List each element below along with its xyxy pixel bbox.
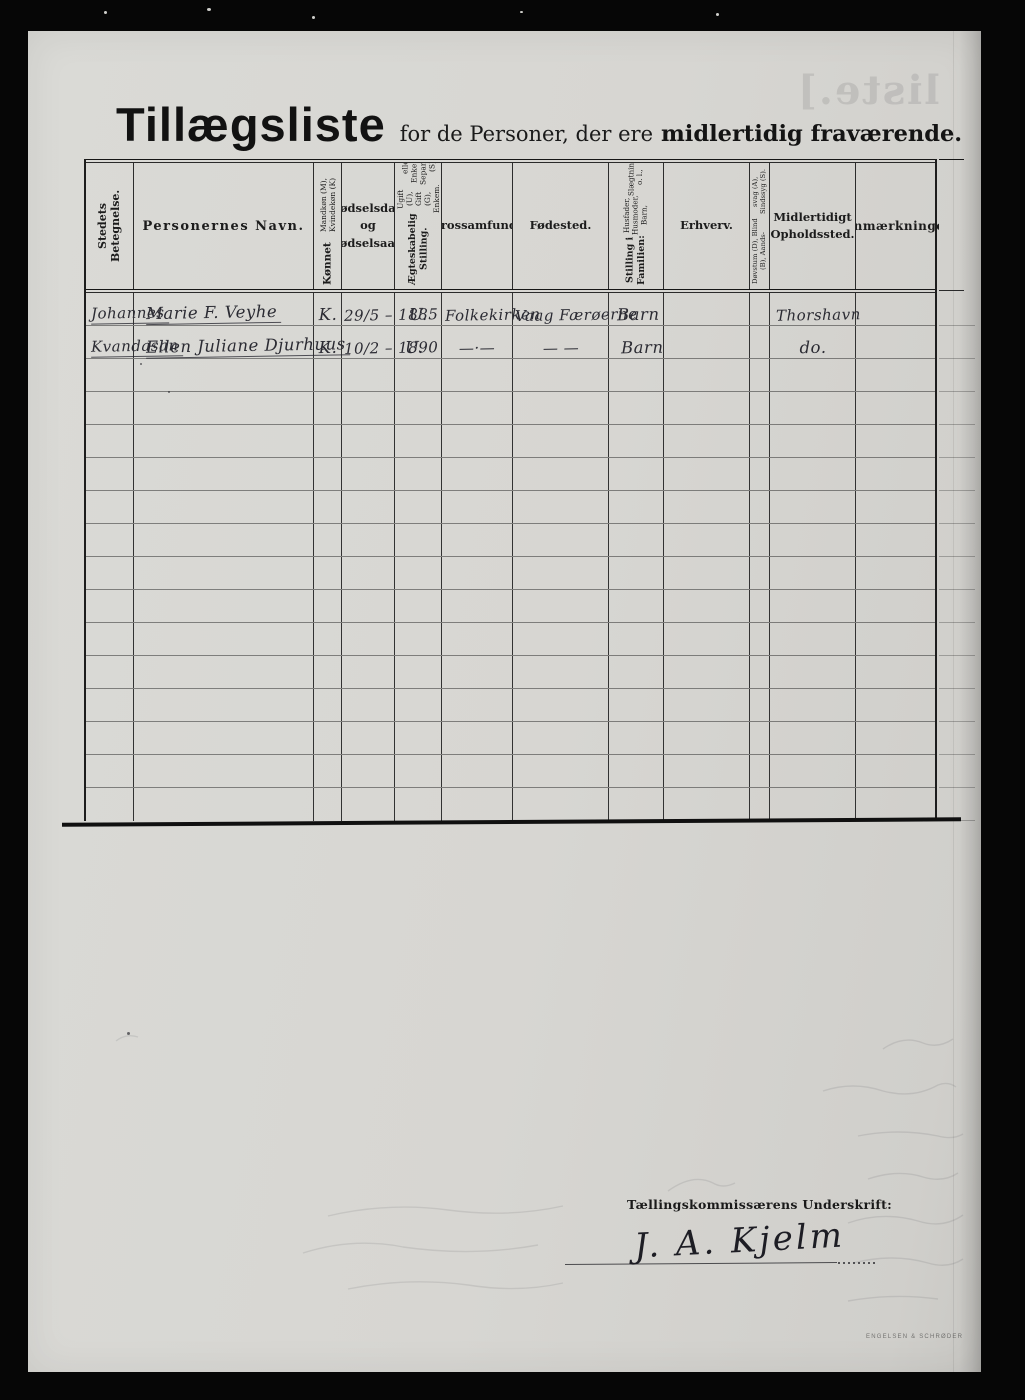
dust-speck [520, 11, 523, 13]
cell-residence: do. [799, 338, 826, 357]
dust-speck [104, 11, 107, 14]
table-row-empty [86, 722, 935, 755]
cell-birthdate: 10/2 – 1890 [344, 338, 439, 358]
column-header-disability: Døvstum (D), Blind (B), Aands- svag (A),… [749, 163, 769, 289]
cell-residence: Thorshavn [776, 305, 861, 324]
table-row-empty [86, 788, 935, 821]
cell-faith: —·— [459, 339, 496, 358]
table-row-empty [86, 623, 935, 656]
table-row-empty [86, 656, 935, 689]
column-header-remarks: Anmærkninger [855, 163, 939, 289]
ink-speck [127, 1032, 130, 1035]
table-header-row: Stedets Betegnelse. Personernes Navn. Kø… [86, 163, 935, 289]
form-title: Tillægsliste for de Personer, der ere mi… [116, 97, 962, 152]
birthdate-header-line2: og [341, 217, 394, 234]
column-header-name: Personernes Navn. [133, 163, 313, 289]
table-row-empty [86, 590, 935, 623]
form-title-subtitle-bold: midlertidig fraværende. [661, 121, 962, 147]
birthdate-header-line1: Fødselsdag [341, 200, 394, 217]
remarks-header-label: Anmærkninger [855, 219, 939, 233]
commissioner-signature: J. A. Kjelm [633, 1216, 846, 1267]
cell-sex: K. [318, 338, 337, 357]
table-row-empty [86, 425, 935, 458]
form-title-subtitle: for de Personer, der ere [400, 122, 653, 146]
family-header-line3: Slægtning o. l., [627, 163, 644, 196]
table-row-empty [86, 491, 935, 524]
cell-family: Barn [621, 338, 664, 358]
column-header-place-label: Stedets Betegnelse. [96, 167, 122, 285]
marital-header-codes2: eller Enke (E), Separeret (S), [400, 163, 436, 185]
family-header-title: Stilling i Familien: [625, 235, 648, 285]
table-row-empty [86, 392, 935, 425]
cell-family: Barn [617, 305, 660, 325]
cell-birthplace: — — [542, 339, 579, 358]
birthplace-header-label: Fødested. [530, 217, 592, 234]
table-row-empty [86, 755, 935, 788]
scanned-census-form-page: liste.] Tillægsliste for de Personer, de… [28, 31, 981, 1372]
column-header-birthdate: Fødselsdag og Fødselsaar. [341, 163, 394, 289]
table-row-empty [86, 359, 935, 392]
residence-header-line2: Opholdssted. [770, 226, 854, 243]
column-header-faith: Trossamfund. [441, 163, 512, 289]
family-header-line2: Husfader, Husmoder, Barn, [623, 196, 649, 236]
table-row: Kvandasan Ellen Juliane Djurhuus K. 10/2… [86, 326, 935, 359]
table-row-empty [86, 689, 935, 722]
column-header-residence: Midlertidigt Opholdssted. [769, 163, 855, 289]
form-title-main: Tillægsliste [116, 97, 386, 152]
dust-speck [207, 8, 211, 11]
column-header-occupation: Erhverv. [663, 163, 749, 289]
column-header-family-position: Stilling i Familien: Husfader, Husmoder,… [608, 163, 663, 289]
sex-header-codes: Mandkøn (M), Kvindekøn (K) [319, 167, 337, 242]
rule-extension [939, 290, 964, 291]
printer-mark: ENGELSEN & SCHRØDER [866, 1334, 963, 1340]
row-line-extensions [939, 293, 975, 821]
column-header-name-label: Personernes Navn. [142, 219, 304, 234]
marital-header-title: Ægteskabelig Stilling. [407, 213, 430, 285]
table-row: Johannes Marie F. Veyhe K. 29/5 – 1885 U… [86, 293, 935, 326]
disability-header-line1: Døvstum (D), Blind (B), Aands- [751, 217, 767, 285]
disability-header-line2: svag (A), Sindssyg (S). [751, 167, 767, 217]
cell-marital: U. [405, 338, 424, 357]
table-row-empty [86, 557, 935, 590]
cell-sex: K. [318, 305, 337, 324]
sex-header-title: Kønnet [321, 242, 334, 285]
signature-label: Tællingskommissærens Underskrift: [627, 1197, 892, 1212]
cell-marital: U. [409, 305, 428, 324]
signature-line [565, 1262, 837, 1265]
column-header-birthplace: Fødested. [512, 163, 608, 289]
cell-name: Marie F. Veyhe [146, 302, 282, 325]
dust-speck [312, 16, 315, 19]
marital-header-codes1: Ugift (U), Gift (G), Enkem. [396, 185, 441, 214]
census-table: Stedets Betegnelse. Personernes Navn. Kø… [84, 159, 937, 821]
column-header-marital: Ægteskabelig Stilling. Ugift (U), Gift (… [394, 163, 441, 289]
birthdate-header-line3: Fødselsaar. [341, 235, 394, 252]
signature-line-dots [838, 1262, 876, 1264]
faith-header-label: Trossamfund. [441, 217, 512, 234]
residence-header-line1: Midlertidigt [770, 209, 854, 226]
dust-speck [716, 13, 719, 16]
column-header-place: Stedets Betegnelse. [86, 163, 133, 289]
column-header-sex: Kønnet Mandkøn (M), Kvindekøn (K) [313, 163, 341, 289]
table-body: Johannes Marie F. Veyhe K. 29/5 – 1885 U… [86, 293, 935, 821]
occupation-header-label: Erhverv. [680, 217, 733, 234]
table-row-empty [86, 458, 935, 491]
rule-extension [939, 159, 964, 161]
table-row-empty [86, 524, 935, 557]
